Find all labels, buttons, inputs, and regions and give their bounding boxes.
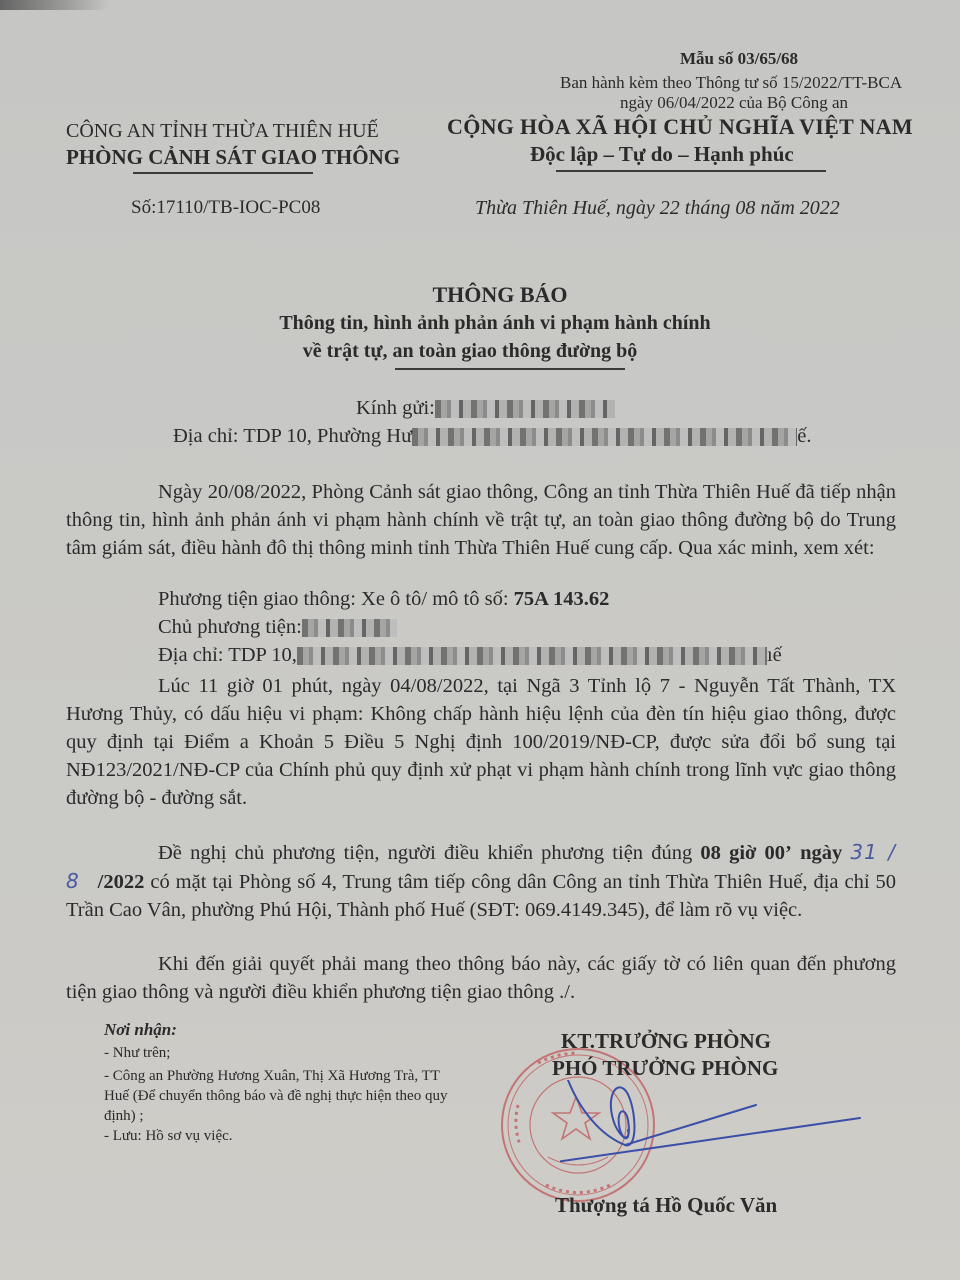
appointment-year: /2022 <box>98 871 145 893</box>
form-number: Mẫu số 03/65/68 <box>680 49 798 69</box>
redacted-recipient-name <box>435 400 615 418</box>
signature-title-1: KT.TRƯỞNG PHÒNG <box>561 1029 771 1054</box>
handwritten-signature-icon <box>560 1080 870 1190</box>
recipient-address-suffix: ế. <box>797 425 811 447</box>
form-issued-line-2: ngày 06/04/2022 của Bộ Công an <box>620 93 848 113</box>
place-and-date: Thừa Thiên Huế, ngày 22 tháng 08 năm 202… <box>475 197 840 220</box>
vehicle-label: Phương tiện giao thông: Xe ô tô/ mô tô s… <box>158 588 514 610</box>
recipient-item: - Công an Phường Hương Xuân, Thị Xã Hươn… <box>104 1066 464 1126</box>
parent-organization: CÔNG AN TỈNH THỪA THIÊN HUẾ <box>66 120 379 143</box>
recipient-address-prefix: Địa chỉ: TDP 10, Phường Hư <box>173 425 412 447</box>
redacted-owner-address <box>297 647 767 665</box>
owner-label: Chủ phương tiện: <box>158 616 302 638</box>
owner-line: Chủ phương tiện: <box>158 616 397 639</box>
owner-address-prefix: Địa chỉ: TDP 10, <box>158 644 297 666</box>
document-title: THÔNG BÁO <box>0 282 960 308</box>
vehicle-line: Phương tiện giao thông: Xe ô tô/ mô tô s… <box>158 588 609 611</box>
signature-title-2: PHÓ TRƯỞNG PHÒNG <box>552 1056 778 1081</box>
redacted-owner-name <box>302 619 397 637</box>
vehicle-plate: 75A 143.62 <box>514 588 610 610</box>
recipient-item: - Lưu: Hồ sơ vụ việc. <box>104 1126 464 1146</box>
owner-address-line: Địa chỉ: TDP 10,ıế <box>158 644 782 667</box>
redacted-recipient-address <box>412 428 797 446</box>
title-underline <box>395 368 625 370</box>
recipient-line: Kính gửi: <box>356 397 615 420</box>
country-name: CỘNG HÒA XÃ HỘI CHỦ NGHĨA VIỆT NAM <box>447 114 913 140</box>
owner-address-suffix: ıế <box>767 644 782 666</box>
recipients-title: Nơi nhận: <box>104 1020 177 1040</box>
paragraph-requirements: Khi đến giải quyết phải mang theo thông … <box>66 950 896 1006</box>
recipient-address: Địa chỉ: TDP 10, Phường Hưế. <box>173 425 811 448</box>
document-number: Số:17110/TB-IOC-PC08 <box>131 197 320 219</box>
signatory-name: Thượng tá Hồ Quốc Văn <box>555 1193 777 1218</box>
document-subtitle-line-1: Thông tin, hình ảnh phản ánh vi phạm hàn… <box>0 312 960 335</box>
form-issued-line-1: Ban hành kèm theo Thông tư số 15/2022/TT… <box>560 73 902 93</box>
paragraph-summons: Đề nghị chủ phương tiện, người điều khiể… <box>66 838 896 924</box>
appointment-time: 08 giờ 00’ <box>700 842 791 864</box>
appointment-day-label: ngày <box>800 842 842 864</box>
recipient-item: - Như trên; <box>104 1043 464 1063</box>
document-subtitle-line-2: về trật tự, an toàn giao thông đường bộ <box>0 340 940 363</box>
organization-underline <box>133 172 313 174</box>
recipient-label: Kính gửi: <box>356 397 435 419</box>
paragraph-intro: Ngày 20/08/2022, Phòng Cảnh sát giao thô… <box>66 478 896 562</box>
national-motto: Độc lập – Tự do – Hạnh phúc <box>530 142 794 167</box>
photo-edge-shadow <box>0 0 110 10</box>
paragraph-violation: Lúc 11 giờ 01 phút, ngày 04/08/2022, tại… <box>66 672 896 812</box>
organization-name: PHÒNG CẢNH SÁT GIAO THÔNG <box>66 145 400 170</box>
motto-underline <box>556 170 826 172</box>
